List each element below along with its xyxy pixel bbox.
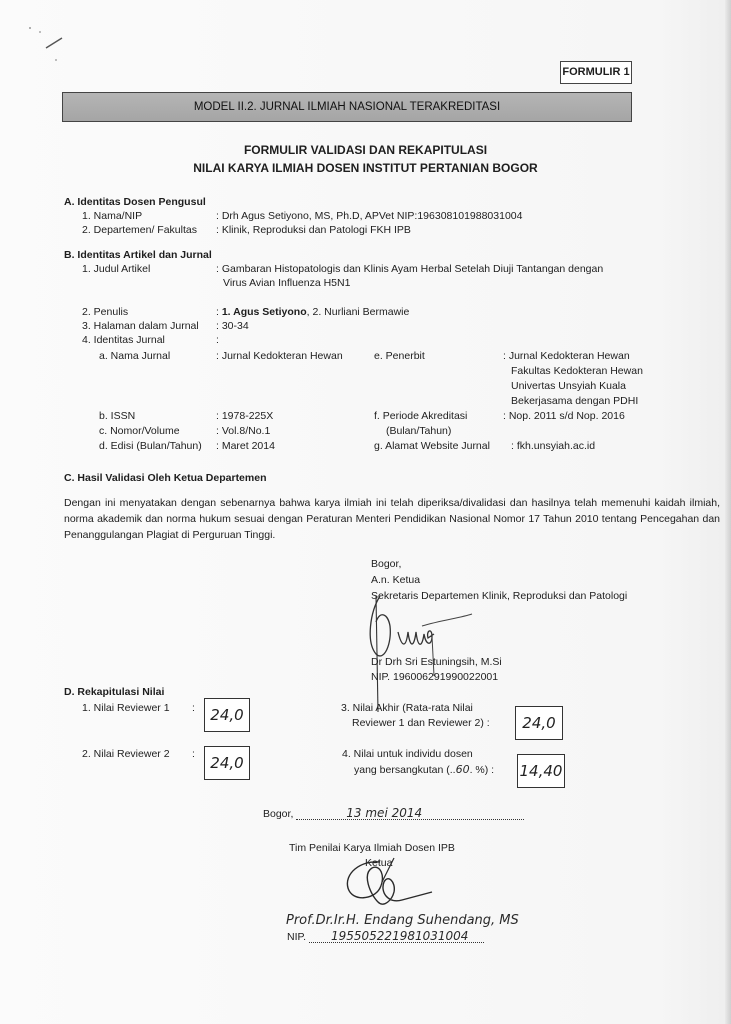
- nilai-individu-label-line2: yang bersangkutan (..60. %) :: [354, 763, 494, 777]
- periode-value: : Nop. 2011 s/d Nop. 2016: [503, 410, 625, 423]
- website-value: : fkh.unsyiah.ac.id: [511, 440, 595, 453]
- periode-label: f. Periode Akreditasi: [374, 410, 467, 423]
- form-code-box: FORMULIR 1: [560, 61, 632, 84]
- penerbit-line1: : Jurnal Kedokteran Hewan: [503, 350, 630, 363]
- nilai-individu-prefix: yang bersangkutan (..: [354, 764, 456, 776]
- judul-label: 1. Judul Artikel: [82, 263, 150, 276]
- penulis-other-authors: , 2. Nurliani Bermawie: [307, 306, 410, 318]
- website-label: g. Alamat Website Jurnal: [374, 440, 490, 453]
- departemen-label: 2. Departemen/ Fakultas: [82, 224, 197, 237]
- identitas-jurnal-label: 4. Identitas Jurnal: [82, 334, 165, 347]
- section-b-heading: B. Identitas Artikel dan Jurnal: [64, 249, 212, 262]
- reviewer2-colon: :: [192, 748, 195, 761]
- reviewer2-score-box: 24,0: [204, 746, 250, 780]
- nilai-individu-suffix: . %) :: [470, 764, 495, 776]
- penulis-value: : 1. Agus Setiyono, 2. Nurliani Bermawie: [216, 306, 409, 319]
- penerbit-line4: Bekerjasama dengan PDHI: [511, 395, 638, 408]
- nama-nip-value: : Drh Agus Setiyono, MS, Ph.D, APVet NIP…: [216, 210, 522, 223]
- section-a-heading: A. Identitas Dosen Pengusul: [64, 196, 206, 209]
- nomor-value: : Vol.8/No.1: [216, 425, 270, 438]
- penulis-first-author: 1. Agus Setiyono: [222, 306, 307, 318]
- footer-date: 13 mei 2014: [296, 808, 524, 820]
- validation-statement: Dengan ini menyatakan dengan sebenarnya …: [64, 495, 720, 543]
- judul-value-line2: Virus Avian Influenza H5N1: [223, 277, 350, 290]
- edisi-label: d. Edisi (Bulan/Tahun): [99, 440, 202, 453]
- nomor-label: c. Nomor/Volume: [99, 425, 180, 438]
- nilai-akhir-label-line1: 3. Nilai Akhir (Rata-rata Nilai: [341, 702, 473, 715]
- validation-an: A.n. Ketua: [371, 574, 420, 587]
- penulis-label: 2. Penulis: [82, 306, 128, 319]
- issn-value: : 1978-225X: [216, 410, 273, 423]
- footer-nip-label: NIP.: [287, 931, 309, 943]
- form-title-line1: FORMULIR VALIDASI DAN REKAPITULASI: [0, 143, 731, 157]
- nilai-individu-percent: 60: [456, 763, 470, 776]
- reviewer1-colon: :: [192, 702, 195, 715]
- footer-place: Bogor, 13 mei 2014: [263, 808, 524, 821]
- nama-jurnal-label: a. Nama Jurnal: [99, 350, 170, 363]
- nilai-akhir-score-box: 24,0: [515, 706, 563, 740]
- issn-label: b. ISSN: [99, 410, 135, 423]
- model-title-bar: MODEL II.2. JURNAL ILMIAH NASIONAL TERAK…: [62, 92, 632, 122]
- penerbit-label: e. Penerbit: [374, 350, 425, 363]
- reviewer2-label: 2. Nilai Reviewer 2: [82, 748, 170, 761]
- nama-jurnal-value: : Jurnal Kedokteran Hewan: [216, 350, 343, 363]
- periode-label-sub: (Bulan/Tahun): [386, 425, 451, 438]
- reviewer1-score-box: 24,0: [204, 698, 250, 732]
- footer-place-label: Bogor,: [263, 808, 296, 820]
- nilai-akhir-label-line2: Reviewer 1 dan Reviewer 2) :: [352, 717, 490, 730]
- departemen-value: : Klinik, Reproduksi dan Patologi FKH IP…: [216, 224, 411, 237]
- validation-signer-nip: NIP. 196006291990022001: [371, 671, 498, 684]
- signature-sekretaris: [362, 592, 482, 712]
- penerbit-line2: Fakultas Kedokteran Hewan: [511, 365, 643, 378]
- scanned-page: FORMULIR 1 MODEL II.2. JURNAL ILMIAH NAS…: [0, 0, 731, 1024]
- footer-nip: NIP. 195505221981031004: [287, 931, 484, 944]
- pen-mark-decoration: [20, 20, 80, 70]
- validation-signer-name: Dr Drh Sri Estuningsih, M.Si: [371, 656, 502, 669]
- signature-ketua: [340, 852, 440, 912]
- halaman-value: : 30-34: [216, 320, 249, 333]
- footer-nip-value: 195505221981031004: [309, 931, 484, 943]
- nama-nip-label: 1. Nama/NIP: [82, 210, 142, 223]
- halaman-label: 3. Halaman dalam Jurnal: [82, 320, 199, 333]
- edisi-value: : Maret 2014: [216, 440, 275, 453]
- section-c-heading: C. Hasil Validasi Oleh Ketua Departemen: [64, 472, 267, 485]
- footer-signer-name: Prof.Dr.Ir.H. Endang Suhendang, MS: [286, 913, 519, 928]
- nilai-individu-label-line1: 4. Nilai untuk individu dosen: [342, 748, 473, 761]
- reviewer1-label: 1. Nilai Reviewer 1: [82, 702, 170, 715]
- validation-place: Bogor,: [371, 558, 401, 571]
- identitas-jurnal-value: :: [216, 334, 219, 347]
- judul-value-line1: : Gambaran Histopatologis dan Klinis Aya…: [216, 263, 603, 276]
- nilai-individu-score-box: 14,40: [517, 754, 565, 788]
- form-title-line2: NILAI KARYA ILMIAH DOSEN INSTITUT PERTAN…: [0, 161, 731, 175]
- penerbit-line3: Univertas Unsyiah Kuala: [511, 380, 626, 393]
- section-d-heading: D. Rekapitulasi Nilai: [64, 686, 164, 699]
